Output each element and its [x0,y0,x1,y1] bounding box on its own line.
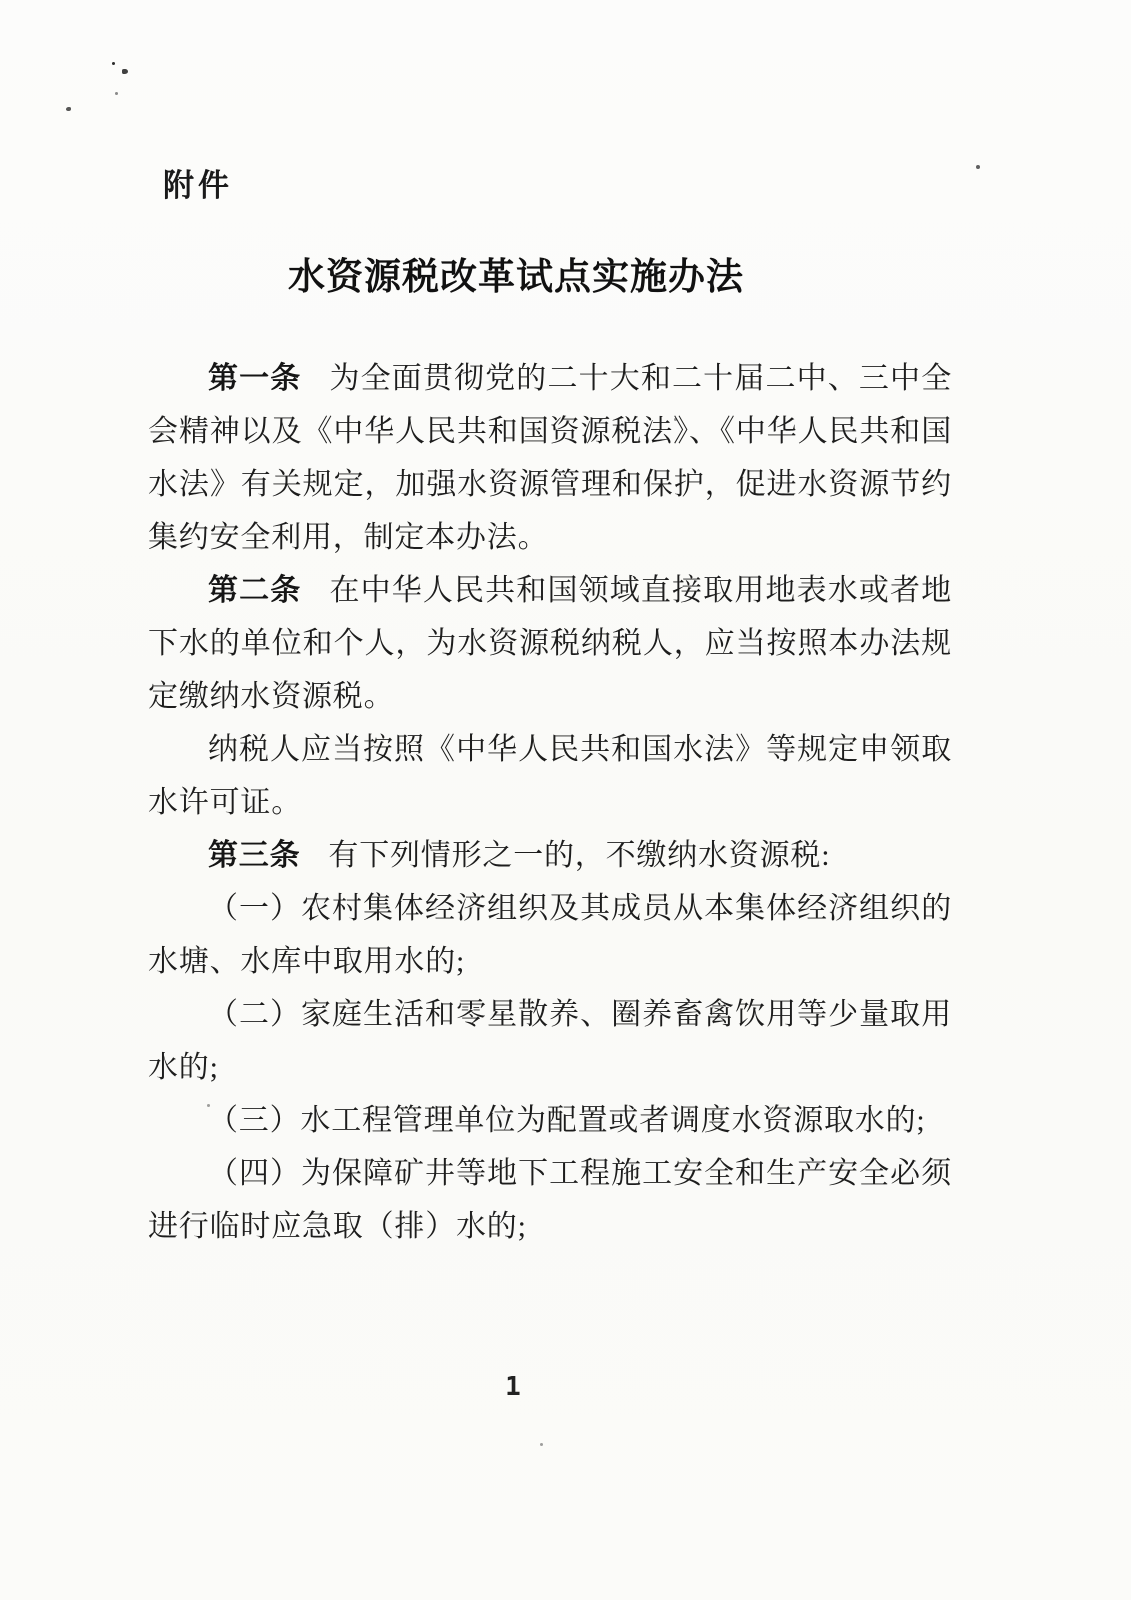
paragraph-item-3: （三）水工程管理单位为配置或者调度水资源取水的; [148,1094,952,1147]
paragraph-article-2: 第二条在中华人民共和国领域直接取用地表水或者地下水的单位和个人，为水资源税纳税人… [148,564,952,723]
scan-speck [122,69,128,74]
scan-speck [66,107,71,111]
paragraph-text: （二）家庭生活和零星散养、圈养畜禽饮用等少量取用水的; [148,998,952,1084]
paragraph-item-1: （一）农村集体经济组织及其成员从本集体经济组织的水塘、水库中取用水的; [148,882,952,988]
article-number: 第二条 [208,574,301,607]
paragraph-article-1: 第一条为全面贯彻党的二十大和二十届二中、三中全会精神以及《中华人民共和国资源税法… [148,352,952,564]
article-number: 第三条 [208,839,300,872]
page-number: 1 [468,1372,558,1402]
paragraph-item-2: （二）家庭生活和零星散养、圈养畜禽饮用等少量取用水的; [148,988,952,1094]
paragraph-article-2-cont: 纳税人应当按照《中华人民共和国水法》等规定申领取水许可证。 [148,723,952,829]
paragraph-text: 有下列情形之一的，不缴纳水资源税: [328,839,830,872]
paragraph-item-4: （四）为保障矿井等地下工程施工安全和生产安全必须进行临时应急取（排）水的; [148,1147,952,1253]
paragraph-text: 纳税人应当按照《中华人民共和国水法》等规定申领取水许可证。 [148,733,952,819]
scan-speck [976,165,980,169]
document-page: 附件 水资源税改革试点实施办法 第一条为全面贯彻党的二十大和二十届二中、三中全会… [0,0,1131,1600]
article-number: 第一条 [208,362,301,395]
document-title: 水资源税改革试点实施办法 [110,246,922,300]
paragraph-text: （一）农村集体经济组织及其成员从本集体经济组织的水塘、水库中取用水的; [148,892,952,978]
scan-speck [540,1443,543,1446]
scan-speck [115,92,118,95]
paragraph-article-3: 第三条有下列情形之一的，不缴纳水资源税: [148,829,952,882]
paragraph-text: （三）水工程管理单位为配置或者调度水资源取水的; [208,1104,926,1137]
attachment-label: 附件 [163,160,233,205]
scan-speck [112,62,115,65]
paragraph-text: （四）为保障矿井等地下工程施工安全和生产安全必须进行临时应急取（排）水的; [148,1157,952,1243]
document-body: 第一条为全面贯彻党的二十大和二十届二中、三中全会精神以及《中华人民共和国资源税法… [148,352,952,1253]
